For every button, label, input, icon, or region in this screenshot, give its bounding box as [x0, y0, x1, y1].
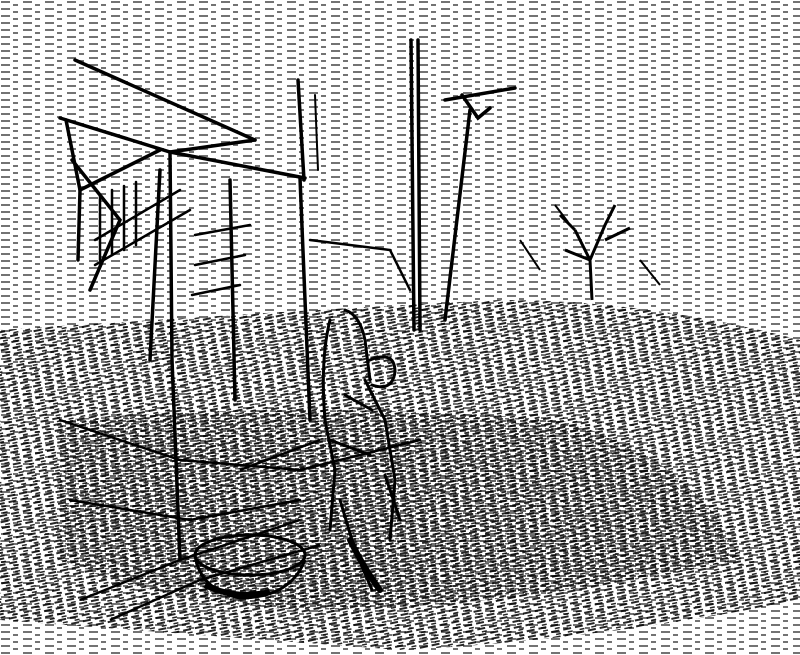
photo-scene: Black-and-white edge-detected photo of a… [0, 0, 800, 655]
edge-image [0, 0, 800, 655]
